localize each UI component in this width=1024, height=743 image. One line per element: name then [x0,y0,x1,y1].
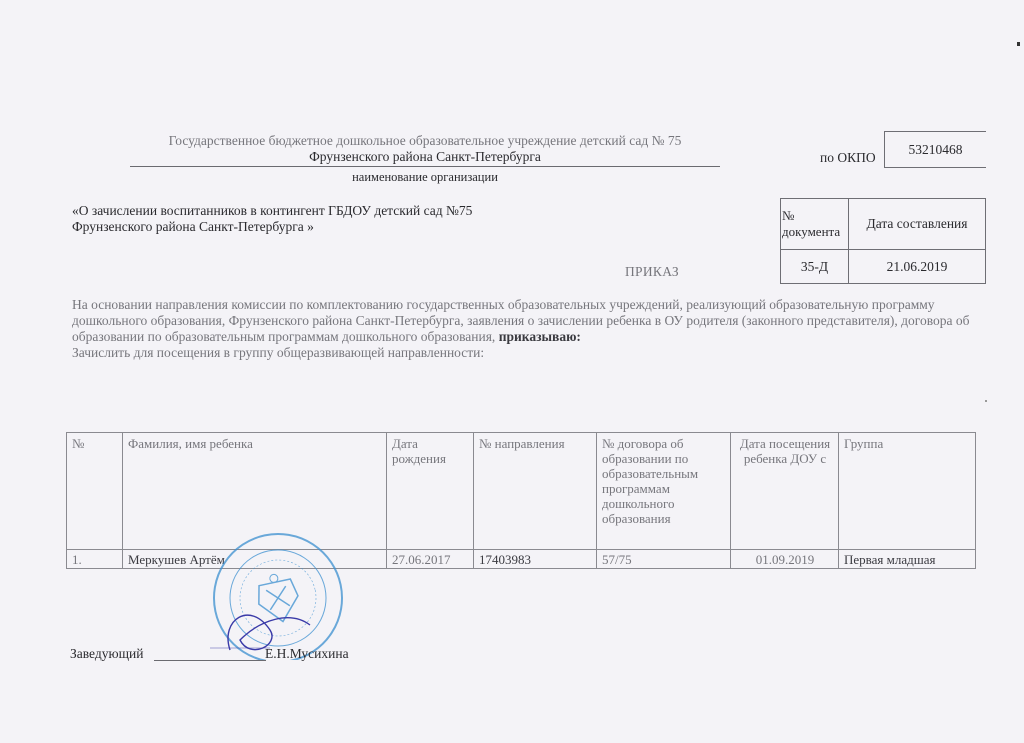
okpo-label: по ОКПО [820,150,876,166]
organization-header: Государственное бюджетное дошкольное обр… [130,133,720,185]
table-row: 1. Меркушев Артём 27.06.2017 17403983 57… [67,550,976,569]
scan-artifact [985,400,987,402]
header-birth-date: Дата рождения [387,433,474,550]
header-attendance-date: Дата посещения ребенка ДОУ с [731,433,839,550]
cell-group: Первая младшая [839,550,976,569]
stamp-icon [210,530,390,660]
cell-number: 1. [67,550,123,569]
okpo-value: 53210468 [884,131,986,168]
cell-attendance-date: 01.09.2019 [731,550,839,569]
header-group: Группа [839,433,976,550]
signatory-name: Е.Н.Мусихина [265,646,349,662]
cell-referral-number: 17403983 [474,550,597,569]
document-date: 21.06.2019 [849,250,986,284]
organization-caption: наименование организации [130,170,720,185]
cell-birth-date: 27.06.2017 [387,550,474,569]
signature-line [154,660,266,661]
document-info-table: № документа Дата составления 35-Д 21.06.… [780,198,986,284]
table-header-row: № Фамилия, имя ребенка Дата рождения № н… [67,433,976,550]
order-subject: «О зачислении воспитанников в контингент… [72,203,472,235]
official-stamp [210,530,390,665]
enrollment-table: № Фамилия, имя ребенка Дата рождения № н… [66,432,976,569]
order-subject-line1: «О зачислении воспитанников в контингент… [72,203,472,219]
header-contract-number: № договора об образовании по образовател… [597,433,731,550]
document-number-header: № документа [781,199,849,250]
order-directive: приказываю: [499,329,581,344]
header-number: № [67,433,123,550]
cell-contract-number: 57/75 [597,550,731,569]
order-subject-line2: Фрунзенского района Санкт-Петербурга » [72,219,472,235]
document-number: 35-Д [781,250,849,284]
signatory-role: Заведующий [70,646,143,662]
header-referral-number: № направления [474,433,597,550]
enrollment-statement: Зачислить для посещения в группу общераз… [72,345,972,361]
order-basis: На основании направления комиссии по ком… [72,297,972,361]
scan-artifact [1017,42,1020,46]
organization-name-line2: Фрунзенского района Санкт-Петербурга [130,149,720,167]
document-title: ПРИКАЗ [625,264,679,280]
organization-name-line1: Государственное бюджетное дошкольное обр… [130,133,720,149]
document-date-header: Дата составления [849,199,986,250]
